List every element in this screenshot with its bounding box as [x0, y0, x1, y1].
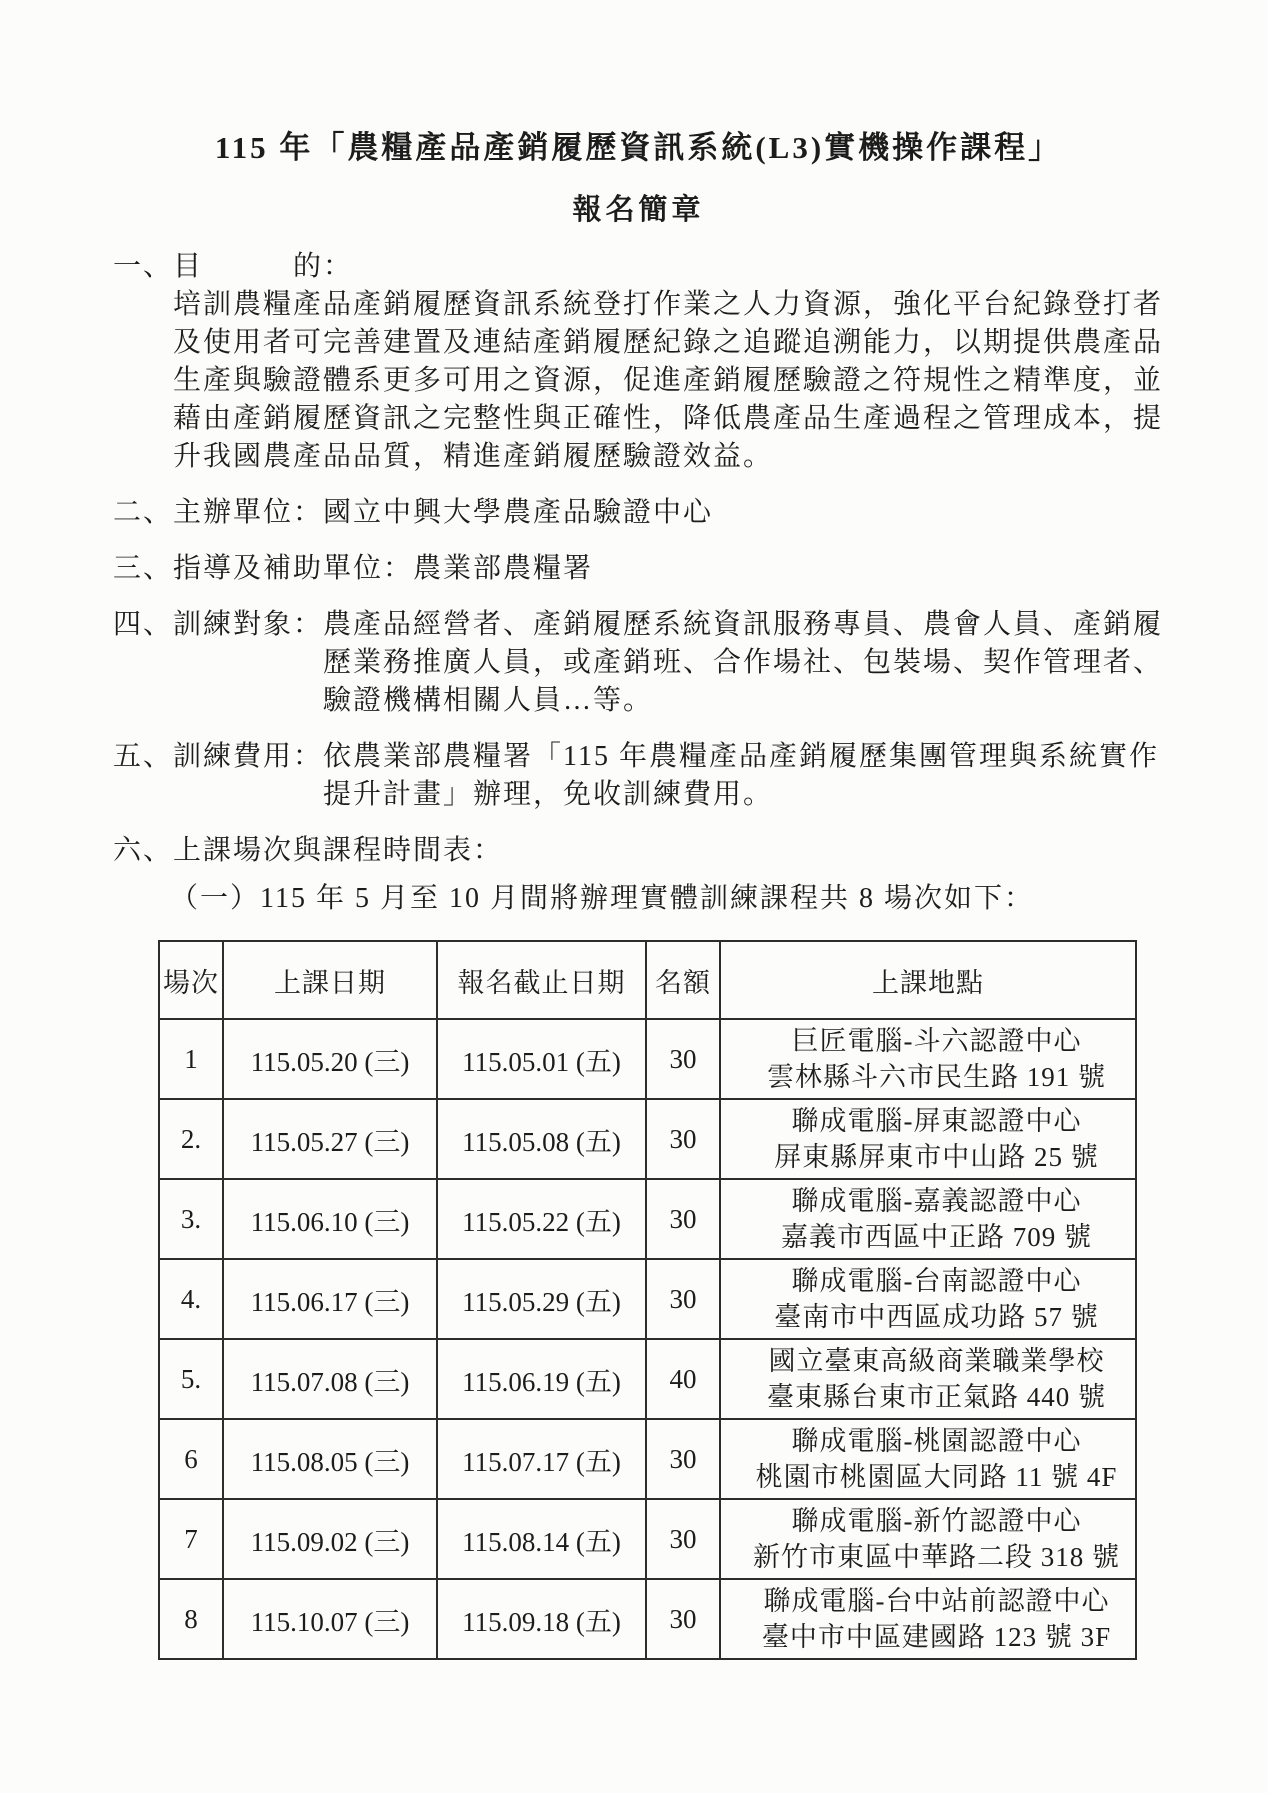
quota-cell: 30: [646, 1259, 720, 1339]
session-cell: 2.: [159, 1099, 223, 1179]
deadline-cell: 115.05.01 (五): [437, 1019, 646, 1099]
quota-cell: 30: [646, 1019, 720, 1099]
location-cell: 聯成電腦-台中站前認證中心 臺中市中區建國路 123 號 3F: [720, 1579, 1136, 1659]
page-subtitle: 報名簡章: [113, 190, 1164, 230]
deadline-cell: 115.05.29 (五): [437, 1259, 646, 1339]
section-purpose-paragraph: 培訓農糧產品產銷履歷資訊系統登打作業之人力資源，強化平台紀錄登打者 及使用者可完…: [173, 286, 1164, 476]
session-cell: 6: [159, 1419, 223, 1499]
section-purpose-main: 目 的： 培訓農糧產品產銷履歷資訊系統登打作業之人力資源，強化平台紀錄登打者 及…: [173, 248, 1164, 476]
section-fee: 五、 訓練費用： 依農業部農糧署「115 年農糧產品產銷履歷集團管理與系統實作 …: [113, 738, 1164, 814]
section-advisor-label: 指導及補助單位：: [173, 550, 413, 588]
section-organizer-label: 主辦單位：: [173, 494, 323, 532]
header-location: 上課地點: [720, 941, 1136, 1019]
class-date-cell: 115.08.05 (三): [223, 1419, 437, 1499]
class-date-cell: 115.06.10 (三): [223, 1179, 437, 1259]
section-organizer-content: 國立中興大學農產品驗證中心: [323, 494, 1164, 532]
page-title: 115 年「農糧產品產銷履歷資訊系統(L3)實機操作課程」: [113, 128, 1164, 168]
session-cell: 5.: [159, 1339, 223, 1419]
schedule-subitem: （一）115 年 5 月至 10 月間將辦理實體訓練課程共 8 場次如下：: [170, 880, 1164, 918]
table-row: 1 115.05.20 (三) 115.05.01 (五) 30 巨匠電腦-斗六…: [159, 1019, 1136, 1099]
session-cell: 3.: [159, 1179, 223, 1259]
header-deadline: 報名截止日期: [437, 941, 646, 1019]
session-cell: 7: [159, 1499, 223, 1579]
document-page: 115 年「農糧產品產銷履歷資訊系統(L3)實機操作課程」 報名簡章 一、 目 …: [0, 0, 1268, 1793]
quota-cell: 30: [646, 1099, 720, 1179]
class-date-cell: 115.07.08 (三): [223, 1339, 437, 1419]
section-schedule-number: 六、: [113, 832, 173, 870]
section-trainees-label: 訓練對象：: [173, 606, 323, 720]
section-fee-content: 依農業部農糧署「115 年農糧產品產銷履歷集團管理與系統實作 提升計畫」辦理，免…: [323, 738, 1164, 814]
schedule-table-body: 1 115.05.20 (三) 115.05.01 (五) 30 巨匠電腦-斗六…: [159, 1019, 1136, 1659]
section-trainees-main: 訓練對象： 農產品經營者、產銷履歷系統資訊服務專員、農會人員、產銷履 歷業務推廣…: [173, 606, 1164, 720]
deadline-cell: 115.07.17 (五): [437, 1419, 646, 1499]
section-purpose: 一、 目 的： 培訓農糧產品產銷履歷資訊系統登打作業之人力資源，強化平台紀錄登打…: [113, 248, 1164, 476]
section-schedule: 六、 上課場次與課程時間表：: [113, 832, 1164, 870]
table-row: 6 115.08.05 (三) 115.07.17 (五) 30 聯成電腦-桃園…: [159, 1419, 1136, 1499]
location-cell: 聯成電腦-桃園認證中心 桃園市桃園區大同路 11 號 4F: [720, 1419, 1136, 1499]
table-row: 7 115.09.02 (三) 115.08.14 (五) 30 聯成電腦-新竹…: [159, 1499, 1136, 1579]
section-fee-number: 五、: [113, 738, 173, 776]
table-row: 2. 115.05.27 (三) 115.05.08 (五) 30 聯成電腦-屏…: [159, 1099, 1136, 1179]
session-cell: 8: [159, 1579, 223, 1659]
section-advisor-main: 指導及補助單位： 農業部農糧署: [173, 550, 1164, 588]
deadline-cell: 115.05.22 (五): [437, 1179, 646, 1259]
section-organizer: 二、 主辦單位： 國立中興大學農產品驗證中心: [113, 494, 1164, 532]
quota-cell: 30: [646, 1499, 720, 1579]
section-purpose-number: 一、: [113, 248, 173, 286]
location-cell: 國立臺東高級商業職業學校 臺東縣台東市正氣路 440 號: [720, 1339, 1136, 1419]
section-advisor-content: 農業部農糧署: [413, 550, 1164, 588]
section-advisor-number: 三、: [113, 550, 173, 588]
schedule-table-header: 場次 上課日期 報名截止日期 名額 上課地點: [159, 941, 1136, 1019]
table-row: 8 115.10.07 (三) 115.09.18 (五) 30 聯成電腦-台中…: [159, 1579, 1136, 1659]
session-cell: 4.: [159, 1259, 223, 1339]
section-trainees: 四、 訓練對象： 農產品經營者、產銷履歷系統資訊服務專員、農會人員、產銷履 歷業…: [113, 606, 1164, 720]
deadline-cell: 115.05.08 (五): [437, 1099, 646, 1179]
schedule-table: 場次 上課日期 報名截止日期 名額 上課地點 1 115.05.20 (三) 1…: [158, 940, 1137, 1660]
location-cell: 聯成電腦-屏東認證中心 屏東縣屏東市中山路 25 號: [720, 1099, 1136, 1179]
deadline-cell: 115.06.19 (五): [437, 1339, 646, 1419]
section-schedule-label: 上課場次與課程時間表：: [173, 832, 1164, 870]
location-cell: 巨匠電腦-斗六認證中心 雲林縣斗六市民生路 191 號: [720, 1019, 1136, 1099]
section-schedule-main: 上課場次與課程時間表：: [173, 832, 1164, 870]
header-session: 場次: [159, 941, 223, 1019]
table-row: 5. 115.07.08 (三) 115.06.19 (五) 40 國立臺東高級…: [159, 1339, 1136, 1419]
header-quota: 名額: [646, 941, 720, 1019]
section-trainees-content: 農產品經營者、產銷履歷系統資訊服務專員、農會人員、產銷履 歷業務推廣人員，或產銷…: [323, 606, 1164, 720]
class-date-cell: 115.09.02 (三): [223, 1499, 437, 1579]
quota-cell: 30: [646, 1419, 720, 1499]
location-cell: 聯成電腦-新竹認證中心 新竹市東區中華路二段 318 號: [720, 1499, 1136, 1579]
quota-cell: 30: [646, 1579, 720, 1659]
class-date-cell: 115.05.27 (三): [223, 1099, 437, 1179]
quota-cell: 30: [646, 1179, 720, 1259]
header-class-date: 上課日期: [223, 941, 437, 1019]
section-fee-label: 訓練費用：: [173, 738, 323, 814]
deadline-cell: 115.09.18 (五): [437, 1579, 646, 1659]
section-advisor: 三、 指導及補助單位： 農業部農糧署: [113, 550, 1164, 588]
class-date-cell: 115.06.17 (三): [223, 1259, 437, 1339]
location-cell: 聯成電腦-嘉義認證中心 嘉義市西區中正路 709 號: [720, 1179, 1136, 1259]
section-organizer-number: 二、: [113, 494, 173, 532]
table-row: 3. 115.06.10 (三) 115.05.22 (五) 30 聯成電腦-嘉…: [159, 1179, 1136, 1259]
class-date-cell: 115.05.20 (三): [223, 1019, 437, 1099]
section-organizer-main: 主辦單位： 國立中興大學農產品驗證中心: [173, 494, 1164, 532]
quota-cell: 40: [646, 1339, 720, 1419]
section-purpose-label: 目 的：: [173, 248, 1164, 286]
deadline-cell: 115.08.14 (五): [437, 1499, 646, 1579]
class-date-cell: 115.10.07 (三): [223, 1579, 437, 1659]
table-row: 4. 115.06.17 (三) 115.05.29 (五) 30 聯成電腦-台…: [159, 1259, 1136, 1339]
section-fee-main: 訓練費用： 依農業部農糧署「115 年農糧產品產銷履歷集團管理與系統實作 提升計…: [173, 738, 1164, 814]
location-cell: 聯成電腦-台南認證中心 臺南市中西區成功路 57 號: [720, 1259, 1136, 1339]
session-cell: 1: [159, 1019, 223, 1099]
section-trainees-number: 四、: [113, 606, 173, 644]
document-body: 115 年「農糧產品產銷履歷資訊系統(L3)實機操作課程」 報名簡章 一、 目 …: [0, 0, 1268, 1660]
header-row: 場次 上課日期 報名截止日期 名額 上課地點: [159, 941, 1136, 1019]
